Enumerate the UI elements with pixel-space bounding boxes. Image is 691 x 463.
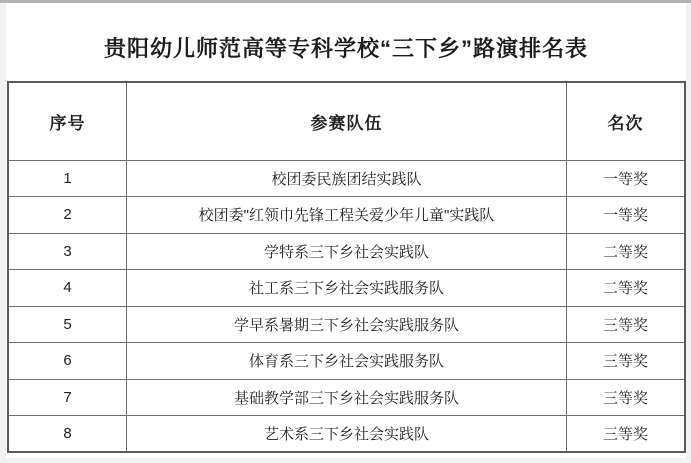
column-header-rank: 名次 xyxy=(567,82,685,160)
row-index-cell: 5 xyxy=(8,306,126,343)
table-row: 3 学特系三下乡社会实践队 二等奖 xyxy=(8,233,685,270)
table-row: 2 校团委"红领巾先锋工程关爱少年儿童"实践队 一等奖 xyxy=(8,197,685,234)
row-index-cell: 4 xyxy=(8,270,126,307)
page-title: 贵阳幼儿师范高等专科学校“三下乡”路演排名表 xyxy=(6,11,686,83)
row-rank-cell: 三等奖 xyxy=(567,343,685,380)
table-row: 7 基础教学部三下乡社会实践服务队 三等奖 xyxy=(8,379,685,416)
column-header-team: 参赛队伍 xyxy=(126,82,566,160)
document-frame: 贵阳幼儿师范高等专科学校“三下乡”路演排名表 序号 参赛队伍 名次 1 xyxy=(0,0,691,463)
table-header: 序号 参赛队伍 名次 xyxy=(8,82,685,160)
column-header-index: 序号 xyxy=(8,82,126,160)
table-row: 5 学早系暑期三下乡社会实践服务队 三等奖 xyxy=(8,306,685,343)
row-rank-cell: 一等奖 xyxy=(567,197,685,234)
row-team-cell: 艺术系三下乡社会实践队 xyxy=(126,416,566,453)
row-index-cell: 8 xyxy=(8,416,126,453)
row-index-cell: 6 xyxy=(8,343,126,380)
table-row: 1 校团委民族团结实践队 一等奖 xyxy=(8,160,685,197)
row-team-cell: 学早系暑期三下乡社会实践服务队 xyxy=(126,306,566,343)
document-page: 贵阳幼儿师范高等专科学校“三下乡”路演排名表 序号 参赛队伍 名次 1 xyxy=(6,3,686,458)
row-rank-cell: 三等奖 xyxy=(567,379,685,416)
row-rank-cell: 三等奖 xyxy=(567,416,685,453)
table-row: 4 社工系三下乡社会实践服务队 二等奖 xyxy=(8,270,685,307)
row-rank-cell: 三等奖 xyxy=(567,306,685,343)
row-rank-cell: 二等奖 xyxy=(567,233,685,270)
ranking-table: 序号 参赛队伍 名次 1 校团委民族团结实践队 一等奖 2 校团委"红领巾先锋 xyxy=(7,81,686,453)
row-team-cell: 学特系三下乡社会实践队 xyxy=(126,233,566,270)
row-team-cell: 体育系三下乡社会实践服务队 xyxy=(126,343,566,380)
row-team-cell: 校团委民族团结实践队 xyxy=(126,160,566,197)
table-row: 8 艺术系三下乡社会实践队 三等奖 xyxy=(8,416,685,453)
table-body: 1 校团委民族团结实践队 一等奖 2 校团委"红领巾先锋工程关爱少年儿童"实践队… xyxy=(8,160,685,452)
row-index-cell: 7 xyxy=(8,379,126,416)
row-rank-cell: 二等奖 xyxy=(567,270,685,307)
row-team-cell: 社工系三下乡社会实践服务队 xyxy=(126,270,566,307)
row-team-cell: 基础教学部三下乡社会实践服务队 xyxy=(126,379,566,416)
row-index-cell: 3 xyxy=(8,233,126,270)
row-team-cell: 校团委"红领巾先锋工程关爱少年儿童"实践队 xyxy=(126,197,566,234)
row-rank-cell: 一等奖 xyxy=(567,160,685,197)
row-index-cell: 1 xyxy=(8,160,126,197)
table-header-row: 序号 参赛队伍 名次 xyxy=(8,82,685,160)
row-index-cell: 2 xyxy=(8,197,126,234)
table-row: 6 体育系三下乡社会实践服务队 三等奖 xyxy=(8,343,685,380)
